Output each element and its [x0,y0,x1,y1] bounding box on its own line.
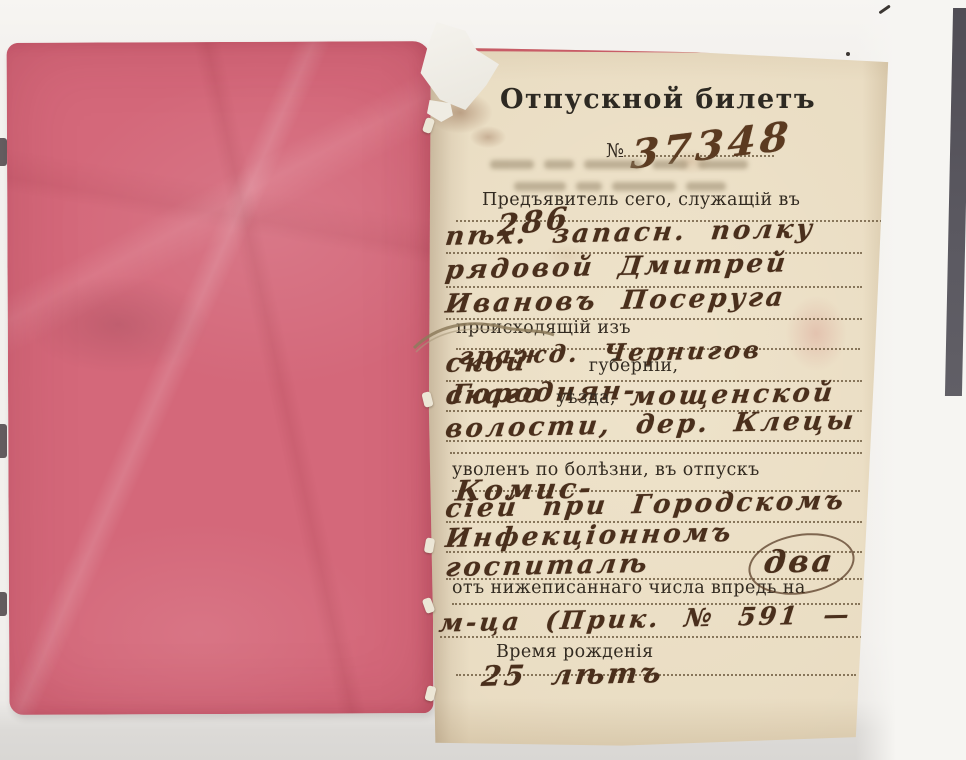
term-value-flourish: два [764,544,835,580]
province-label: губерніи, [589,356,679,376]
district-label: уѣзда, [556,388,616,408]
bleed-blob [490,160,534,169]
left-page-edge-mark [0,592,7,616]
unit-handwritten: пѣх. запасн. полку [444,214,817,252]
bleed-blob [584,160,642,169]
district-handwritten-suffix: скаго [444,379,545,411]
scan-speck [846,52,850,56]
bleed-blob [698,160,748,169]
field-row-birth: Время рожденія 25 лѣтъ [456,642,856,676]
bleed-blob [544,160,574,169]
discharge-handwritten-3: Инфекціонномъ [444,518,735,554]
rank-name-handwritten: рядовой Дмитрей [444,248,790,285]
left-page-edge-mark [0,138,7,166]
field-row-surname: Ивановъ Посеруга [446,286,862,320]
discharge-handwritten-2: сіей при Городскомъ [444,486,848,524]
cover-page-pink [7,41,434,715]
document-title: Отпускной билетъ [438,84,878,115]
empty-dotted-rule [450,428,862,454]
ink-bleedthrough [490,154,810,173]
surname-handwritten: Ивановъ Посеруга [444,282,788,319]
left-page-edge-mark [0,424,7,458]
field-row-discharge-2: сіей при Городскомъ [446,490,862,523]
ticket-page: Отпускной билетъ № 37348 Предъявитель се… [428,46,890,747]
birth-handwritten: 25 лѣтъ [480,656,666,693]
field-row-term-2: м-ца (Прик. № 591 — 1917) [440,603,862,638]
field-row-rank-name: рядовой Дмитрей [446,252,862,288]
term-handwritten: два [762,543,837,580]
bleed-blob [652,160,688,169]
binding-thread [406,316,561,368]
field-row-unit: пѣх. запасн. полку [446,218,862,254]
